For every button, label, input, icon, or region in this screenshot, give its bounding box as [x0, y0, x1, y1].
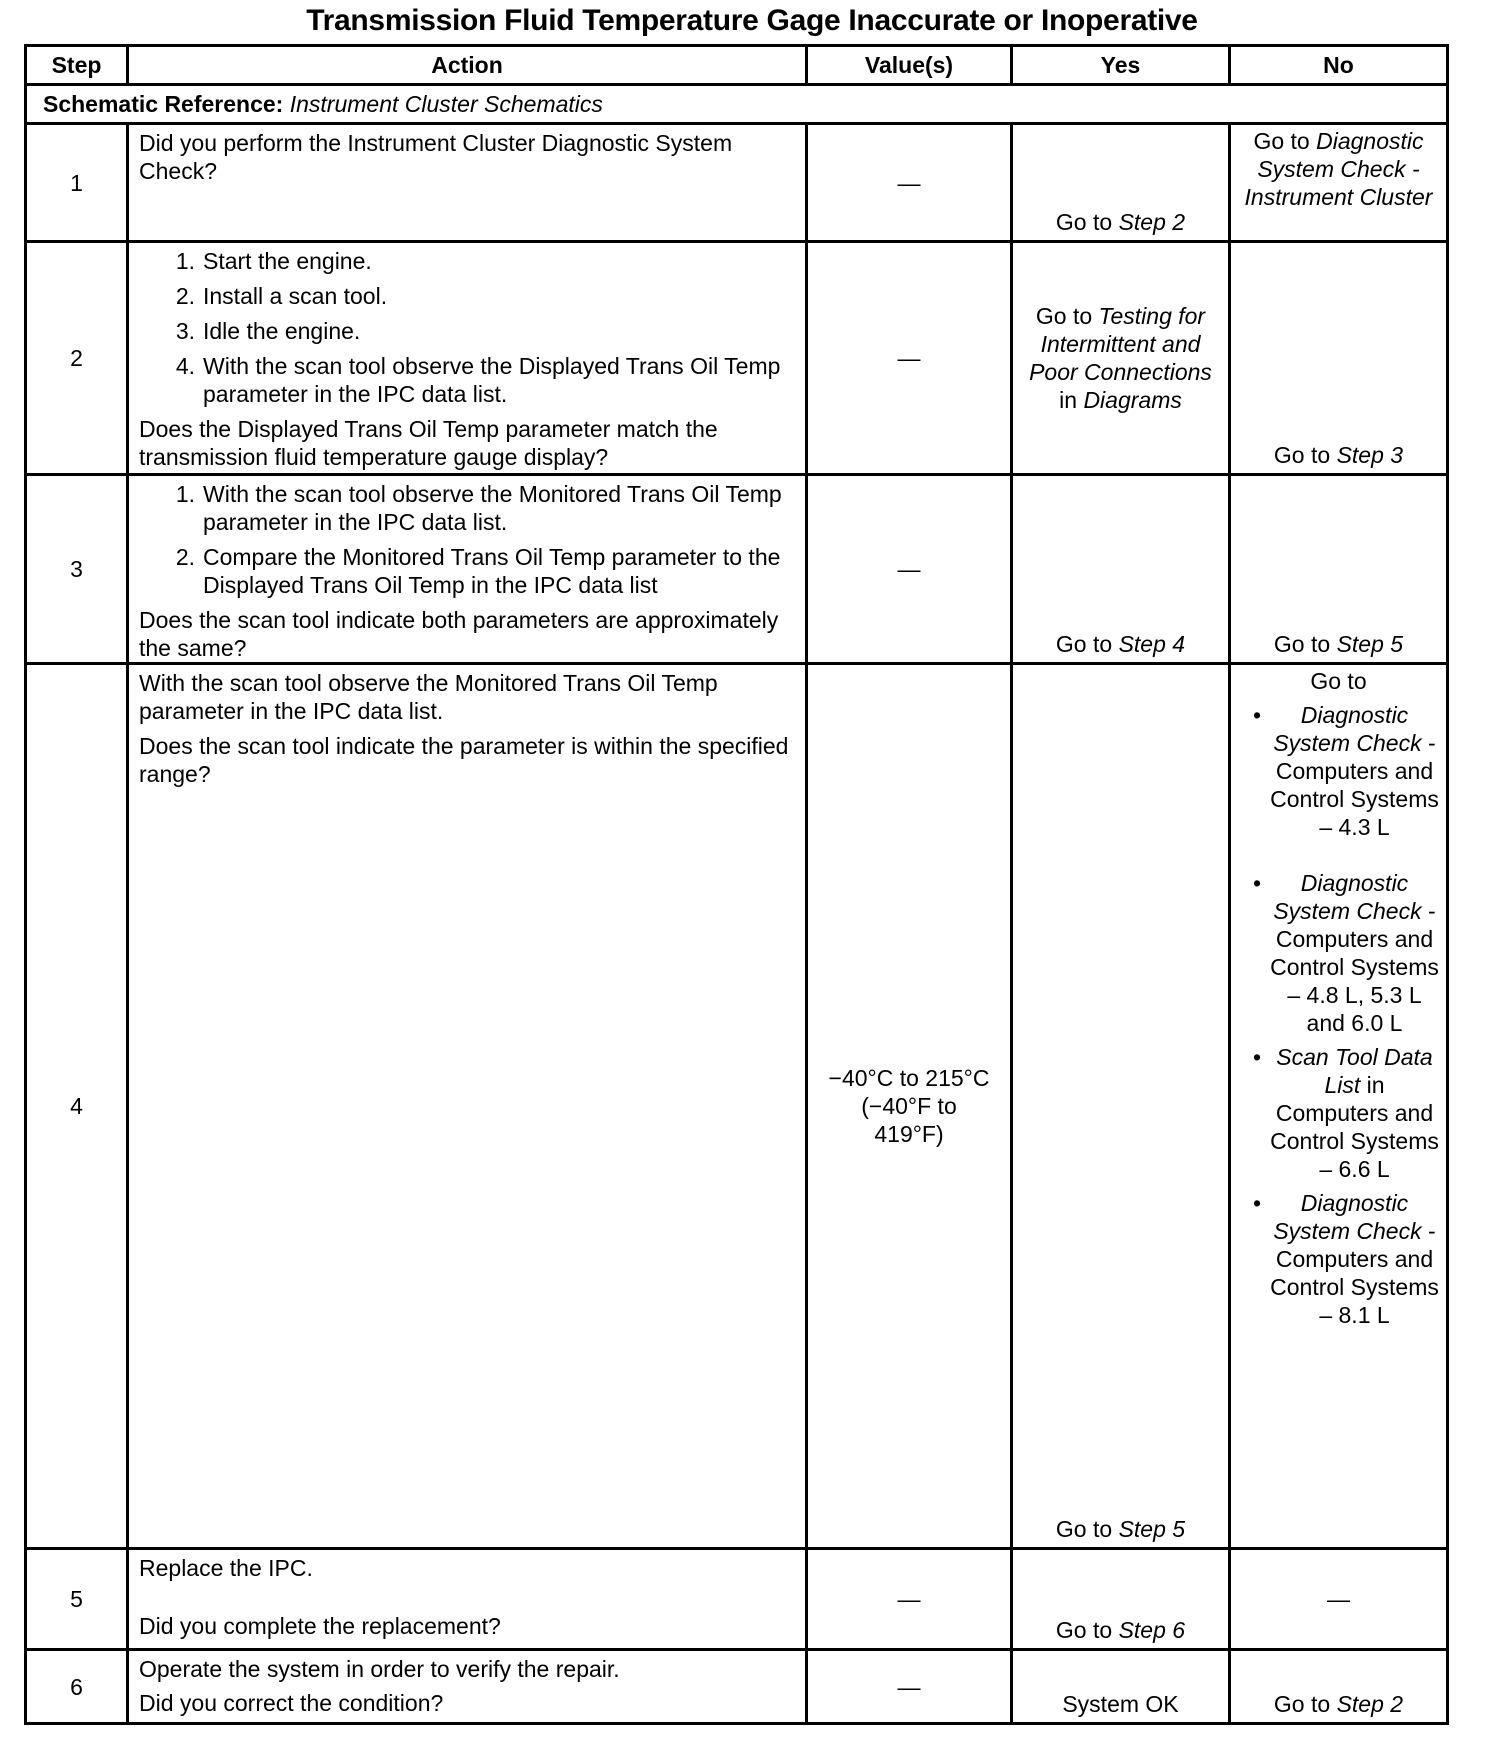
column-header-step: Step [26, 46, 128, 85]
yes-prefix: Go to [1056, 631, 1112, 657]
no-cell: Go to Step 5 [1230, 475, 1448, 664]
action-step: 1.With the scan tool observe the Monitor… [139, 480, 795, 536]
bullet-icon: • [1235, 1189, 1267, 1329]
yes-cell: System OK [1012, 1650, 1230, 1724]
no-option-link[interactable]: Diagnostic System Check [1273, 702, 1421, 756]
yes-cell: Go to Step 5 [1012, 664, 1230, 1549]
step-number: 2 [26, 242, 128, 475]
action-steps: 1.Start the engine. 2.Install a scan too… [139, 247, 795, 408]
no-prefix: Go to [1274, 442, 1330, 468]
value-cell: — [807, 1549, 1012, 1650]
column-header-yes: Yes [1012, 46, 1230, 85]
value-cell: — [807, 124, 1012, 242]
column-header-no: No [1230, 46, 1448, 85]
schematic-reference: Schematic Reference: Instrument Cluster … [26, 85, 1448, 124]
bullet-icon: • [1235, 1043, 1267, 1183]
no-prefix: Go to [1253, 128, 1309, 154]
no-option-link[interactable]: Scan Tool Data List [1276, 1044, 1432, 1098]
yes-prefix: Go to [1056, 1516, 1112, 1542]
step-number: 6 [26, 1650, 128, 1724]
no-link[interactable]: Step 3 [1337, 442, 1404, 468]
schematic-reference-link[interactable]: Instrument Cluster Schematics [290, 91, 603, 117]
no-cell: Go to Diagnostic System Check - Instrume… [1230, 124, 1448, 242]
no-option: • Diagnostic System Check - Computers an… [1235, 869, 1442, 1037]
column-header-action: Action [128, 46, 807, 85]
action-question: Did you correct the condition? [139, 1689, 795, 1717]
diagnostic-table: Step Action Value(s) Yes No Schematic Re… [24, 44, 1449, 1725]
table-row: 3 1.With the scan tool observe the Monit… [26, 475, 1448, 664]
no-prefix: Go to [1274, 631, 1330, 657]
table-row: 1 Did you perform the Instrument Cluster… [26, 124, 1448, 242]
bullet-icon: • [1235, 701, 1267, 841]
yes-link[interactable]: Step 5 [1119, 1516, 1186, 1542]
action-step: 2.Install a scan tool. [139, 282, 795, 310]
no-option: • Scan Tool Data List in Computers and C… [1235, 1043, 1442, 1183]
action-question: Does the scan tool indicate both paramet… [139, 606, 795, 662]
action-cell: Did you perform the Instrument Cluster D… [128, 124, 807, 242]
action-steps: 1.With the scan tool observe the Monitor… [139, 480, 795, 599]
no-option: • Diagnostic System Check - Computers an… [1235, 1189, 1442, 1329]
yes-prefix: Go to [1056, 1617, 1112, 1643]
no-prefix: Go to [1235, 667, 1442, 695]
no-link[interactable]: Step 5 [1337, 631, 1404, 657]
action-cell: 1.Start the engine. 2.Install a scan too… [128, 242, 807, 475]
yes-cell: Go to Step 2 [1012, 124, 1230, 242]
no-cell: Go to • Diagnostic System Check - Comput… [1230, 664, 1448, 1549]
yes-link[interactable]: Step 4 [1119, 631, 1186, 657]
schematic-reference-row: Schematic Reference: Instrument Cluster … [26, 85, 1448, 124]
yes-cell: Go to Step 6 [1012, 1549, 1230, 1650]
yes-cell: Go to Step 4 [1012, 475, 1230, 664]
step-number: 5 [26, 1549, 128, 1650]
value-line: (−40°F to [808, 1092, 1010, 1120]
action-step: 3.Idle the engine. [139, 317, 795, 345]
action-intro: Operate the system in order to verify th… [139, 1655, 795, 1683]
table-row: 6 Operate the system in order to verify … [26, 1650, 1448, 1724]
no-cell: Go to Step 3 [1230, 242, 1448, 475]
value-cell: — [807, 475, 1012, 664]
no-options-list: Go to • Diagnostic System Check - Comput… [1231, 665, 1446, 1329]
action-cell: Operate the system in order to verify th… [128, 1650, 807, 1724]
action-question: Does the scan tool indicate the paramete… [139, 732, 795, 788]
table-row: 5 Replace the IPC. Did you complete the … [26, 1549, 1448, 1650]
value-line: −40°C to 215°C [808, 1064, 1010, 1092]
value-line: 419°F) [808, 1120, 1010, 1148]
schematic-reference-label: Schematic Reference: [43, 91, 283, 117]
page-title: Transmission Fluid Temperature Gage Inac… [0, 4, 1504, 38]
action-question: Does the Displayed Trans Oil Temp parame… [139, 415, 795, 471]
step-number: 1 [26, 124, 128, 242]
action-intro: With the scan tool observe the Monitored… [139, 669, 795, 725]
table-header-row: Step Action Value(s) Yes No [26, 46, 1448, 85]
action-cell: 1.With the scan tool observe the Monitor… [128, 475, 807, 664]
value-cell: −40°C to 215°C (−40°F to 419°F) [807, 664, 1012, 1549]
action-question: Did you perform the Instrument Cluster D… [139, 129, 795, 185]
action-step: 1.Start the engine. [139, 247, 795, 275]
yes-link-2[interactable]: Diagrams [1083, 387, 1181, 413]
no-option: • Diagnostic System Check - Computers an… [1235, 701, 1442, 841]
step-number: 3 [26, 475, 128, 664]
no-cell: Go to Step 2 [1230, 1650, 1448, 1724]
action-cell: Replace the IPC. Did you complete the re… [128, 1549, 807, 1650]
yes-link[interactable]: Step 6 [1119, 1617, 1186, 1643]
yes-text: System OK [1062, 1691, 1178, 1717]
action-step: 2.Compare the Monitored Trans Oil Temp p… [139, 543, 795, 599]
no-option-link[interactable]: Diagnostic System Check [1273, 1190, 1421, 1244]
action-question: Did you complete the replacement? [139, 1612, 795, 1640]
yes-prefix: Go to [1056, 209, 1112, 235]
action-intro: Replace the IPC. [139, 1554, 795, 1582]
action-cell: With the scan tool observe the Monitored… [128, 664, 807, 1549]
no-link[interactable]: Step 2 [1337, 1691, 1404, 1717]
column-header-values: Value(s) [807, 46, 1012, 85]
yes-mid: in [1059, 387, 1077, 413]
no-cell: — [1230, 1549, 1448, 1650]
yes-prefix: Go to [1036, 303, 1092, 329]
yes-link[interactable]: Step 2 [1119, 209, 1186, 235]
action-step: 4.With the scan tool observe the Display… [139, 352, 795, 408]
no-option-link[interactable]: Diagnostic System Check [1273, 870, 1421, 924]
value-cell: — [807, 1650, 1012, 1724]
step-number: 4 [26, 664, 128, 1549]
no-text: — [1327, 1586, 1350, 1612]
table-row: 4 With the scan tool observe the Monitor… [26, 664, 1448, 1549]
bullet-icon: • [1235, 869, 1267, 1037]
yes-cell: Go to Testing for Intermittent and Poor … [1012, 242, 1230, 475]
value-cell: — [807, 242, 1012, 475]
table-row: 2 1.Start the engine. 2.Install a scan t… [26, 242, 1448, 475]
no-prefix: Go to [1274, 1691, 1330, 1717]
